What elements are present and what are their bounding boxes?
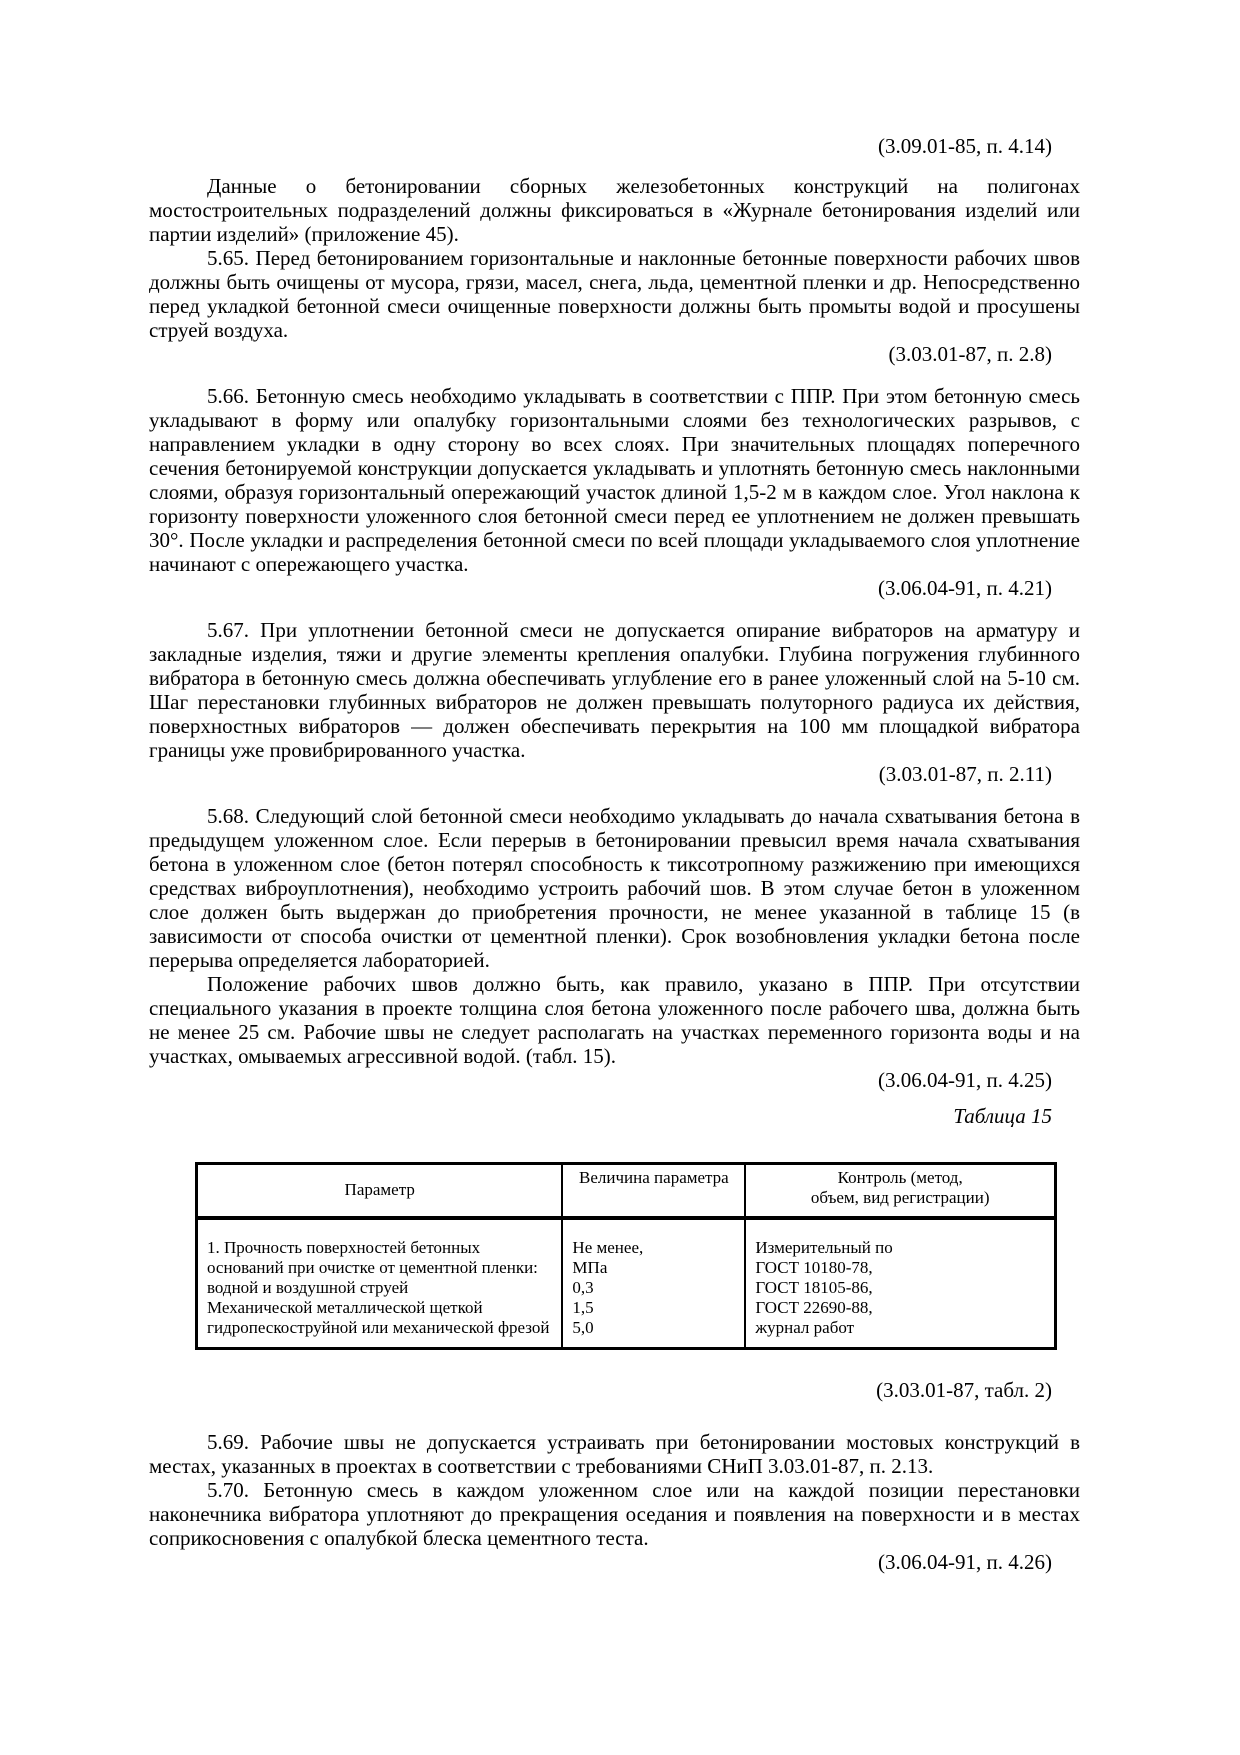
- table-15-cell-parameter: 1. Прочность поверхностей бетонных основ…: [197, 1218, 563, 1349]
- table-15-body-row: 1. Прочность поверхностей бетонных основ…: [197, 1218, 1056, 1349]
- paragraph-5-70: 5.70. Бетонную смесь в каждом уложенном …: [149, 1478, 1080, 1550]
- paragraph-5-67: 5.67. При уплотнении бетонной смеси не д…: [149, 618, 1080, 762]
- paragraph-5-68: 5.68. Следующий слой бетонной смеси необ…: [149, 804, 1080, 972]
- paragraph-5-69: 5.69. Рабочие швы не допускается устраив…: [149, 1430, 1080, 1478]
- citation-3-03-01-87-p2-11: (3.03.01-87, п. 2.11): [149, 762, 1080, 786]
- table-15-header-value: Величина параметра: [562, 1164, 745, 1218]
- document-page: (3.09.01-85, п. 4.14) Данные о бетониров…: [0, 0, 1240, 1755]
- paragraph-data-betonirovanie: Данные о бетонировании сборных железобет…: [149, 174, 1080, 246]
- paragraph-5-65: 5.65. Перед бетонированием горизонтальны…: [149, 246, 1080, 342]
- citation-3-06-04-91-p4-21: (3.06.04-91, п. 4.21): [149, 576, 1080, 600]
- table-15-header-control: Контроль (метод, объем, вид регистрации): [745, 1164, 1055, 1218]
- table-15: Параметр Величина параметра Контроль (ме…: [195, 1162, 1057, 1350]
- paragraph-5-66: 5.66. Бетонную смесь необходимо укладыва…: [149, 384, 1080, 576]
- table-15-cell-value: Не менее, МПа 0,3 1,5 5,0: [562, 1218, 745, 1349]
- paragraph-5-68-position: Положение рабочих швов должно быть, как …: [149, 972, 1080, 1068]
- citation-3-06-04-91-p4-25: (3.06.04-91, п. 4.25): [149, 1068, 1080, 1092]
- citation-3-03-01-87-p2-8: (3.03.01-87, п. 2.8): [149, 342, 1080, 366]
- table-15-header-parameter: Параметр: [197, 1164, 563, 1218]
- citation-3-03-01-87-tabl-2: (3.03.01-87, табл. 2): [149, 1378, 1080, 1402]
- citation-3-06-04-91-p4-26: (3.06.04-91, п. 4.26): [149, 1550, 1080, 1574]
- table-15-cell-control: Измерительный по ГОСТ 10180-78, ГОСТ 181…: [745, 1218, 1055, 1349]
- table-15-caption: Таблица 15: [149, 1104, 1080, 1128]
- citation-3-09-01-85: (3.09.01-85, п. 4.14): [149, 134, 1080, 158]
- table-15-header-row: Параметр Величина параметра Контроль (ме…: [197, 1164, 1056, 1218]
